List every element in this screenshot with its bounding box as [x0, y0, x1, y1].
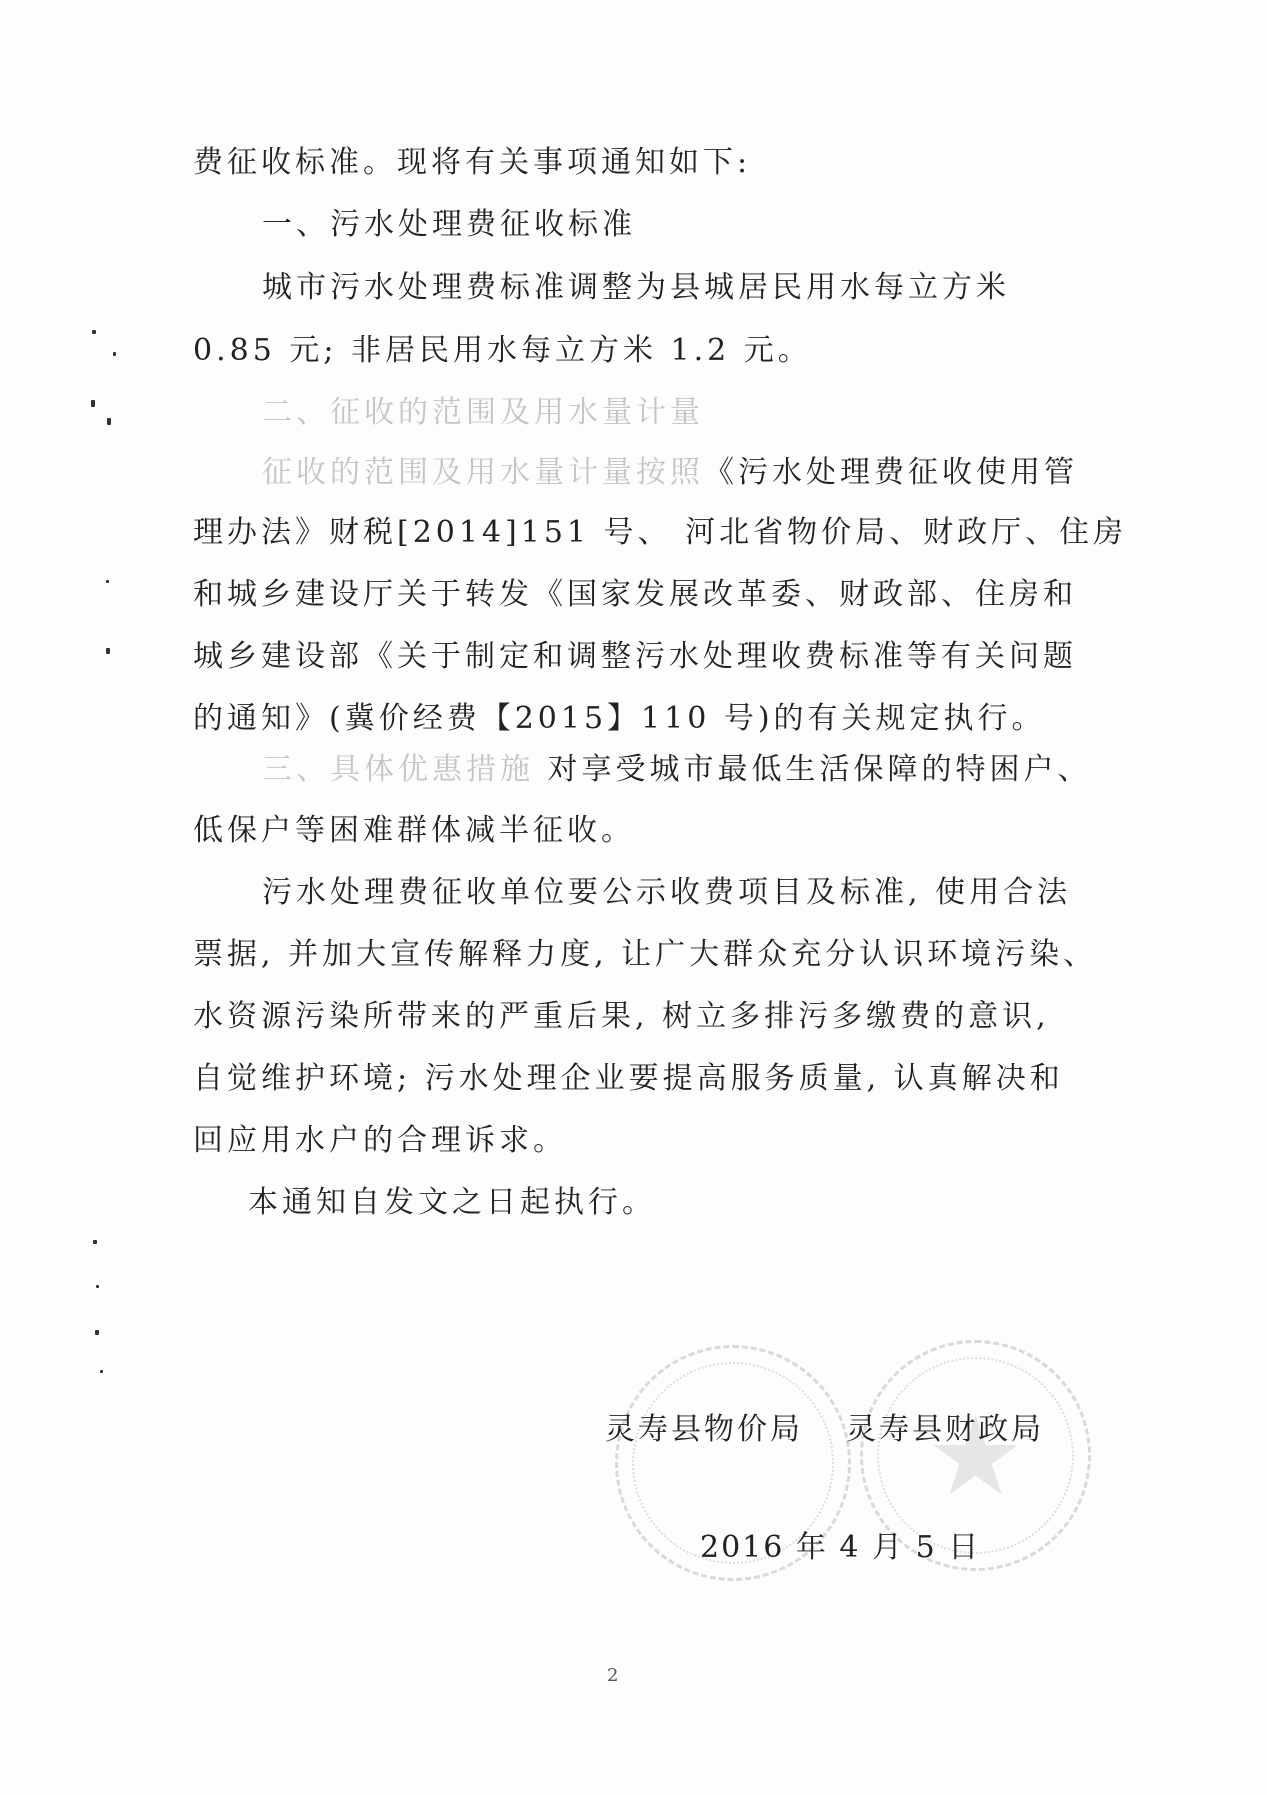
scan-speck	[91, 400, 95, 407]
body-line-12: 低保户等困难群体减半征收。	[193, 811, 635, 851]
scan-speck	[96, 1285, 99, 1288]
scan-speck	[113, 352, 116, 356]
body-line-3: 城市污水处理费标准调整为县城居民用水每立方米	[262, 268, 1010, 308]
section-2-lead: 征收的范围及用水量计量按照《污水处理费征收使用管	[262, 453, 1078, 493]
closing-line: 本通知自发文之日起执行。	[248, 1183, 656, 1223]
section-3-heading: 三、具体优惠措施	[262, 752, 534, 787]
section-3-text: 对享受城市最低生活保障的特困户、	[548, 752, 1092, 787]
document-page: 费征收标准。现将有关事项通知如下: 一、污水处理费征收标准 城市污水处理费标准调…	[0, 0, 1267, 1795]
scan-speck	[92, 330, 96, 334]
issuer-price-bureau: 灵寿县物价局	[605, 1412, 803, 1447]
scan-speck	[95, 1330, 99, 1335]
body-line-4: 0.85 元; 非居民用水每立方米 1.2 元。	[193, 331, 812, 371]
section-2-heading: 二、征收的范围及用水量计量	[262, 393, 704, 433]
signature-line: 灵寿县物价局 灵寿县财政局	[605, 1410, 1044, 1450]
body-line-13: 污水处理费征收单位要公示收费项目及标准, 使用合法	[262, 873, 1071, 913]
section-2-lead-rest: 《污水处理费征收使用管	[704, 455, 1078, 490]
body-line-10: 的通知》(冀价经费【2015】110 号)的有关规定执行。	[193, 699, 1046, 739]
scan-speck	[107, 418, 111, 425]
body-line-15: 水资源污染所带来的严重后果, 树立多排污多缴费的意识,	[193, 997, 1050, 1037]
body-line-14: 票据, 并加大宣传解释力度, 让广大群众充分认识环境污染、	[193, 935, 1097, 975]
scan-speck	[106, 580, 109, 583]
body-line-17: 回应用水户的合理诉求。	[193, 1121, 567, 1161]
section-1-heading: 一、污水处理费征收标准	[262, 205, 636, 245]
scan-speck	[93, 1240, 97, 1244]
body-line-1: 费征收标准。现将有关事项通知如下:	[193, 143, 751, 183]
issuer-finance-bureau: 灵寿县财政局	[846, 1412, 1044, 1447]
scan-speck	[100, 1370, 103, 1373]
body-line-16: 自觉维护环境; 污水处理企业要提高服务质量, 认真解决和	[193, 1059, 1064, 1099]
page-number: 2	[607, 1665, 618, 1686]
scan-speck	[106, 648, 110, 654]
section-2-lead-faded: 征收的范围及用水量计量按照	[262, 455, 704, 490]
section-3-line: 三、具体优惠措施 对享受城市最低生活保障的特困户、	[262, 750, 1092, 790]
body-line-8: 和城乡建设厅关于转发《国家发展改革委、财政部、住房和	[193, 575, 1077, 615]
body-line-9: 城乡建设部《关于制定和调整污水处理收费标准等有关问题	[193, 637, 1077, 677]
issue-date: 2016 年 4 月 5 日	[700, 1528, 980, 1568]
body-line-7: 理办法》财税[2014]151 号、 河北省物价局、财政厅、住房	[193, 513, 1127, 553]
